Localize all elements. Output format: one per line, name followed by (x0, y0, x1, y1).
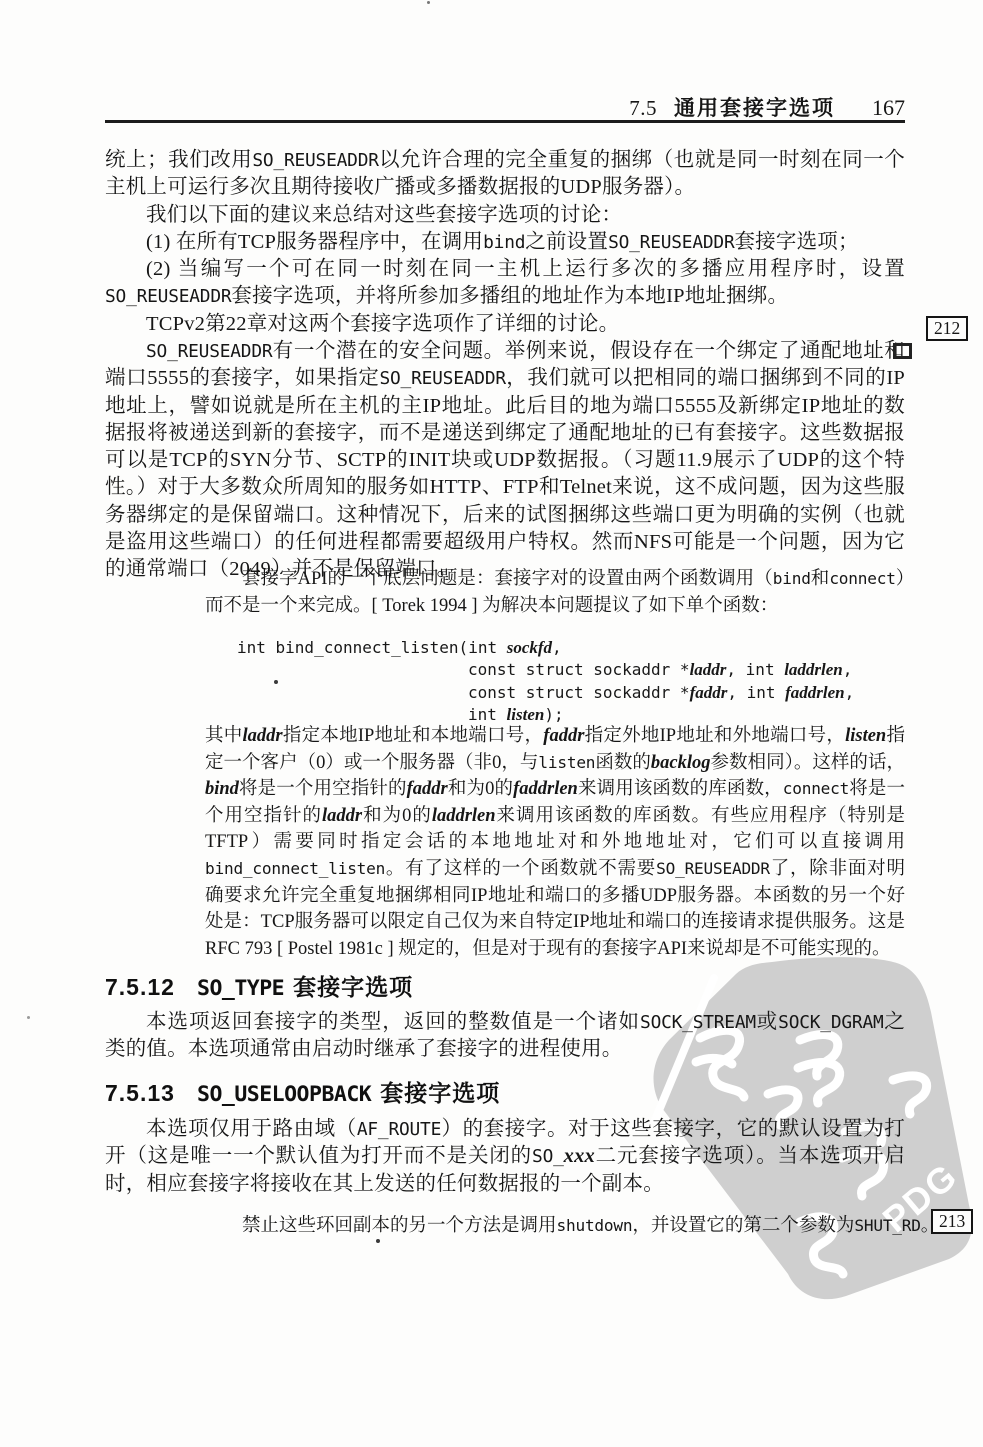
section-title-suffix: 套接字选项 (293, 969, 413, 1002)
code-block-bind-connect-listen: int bind_connect_listen(int sockfd, cons… (237, 637, 854, 727)
section-number: 7.5.13 (105, 1080, 197, 1107)
section-option-name: SO_TYPE (197, 976, 284, 1001)
note-shutdown-alternative: 禁止这些环回副本的另一个方法是调用shutdown，并设置它的第二个参数为SHU… (205, 1213, 905, 1240)
section-title-suffix: 套接字选项 (380, 1075, 500, 1108)
scan-speck (274, 680, 278, 684)
section-number: 7.5.12 (105, 974, 197, 1001)
para-continuation: 统上；我们改用SO_REUSEADDR以允许合理的完全重复的捆绑（也就是同一时刻… (105, 147, 905, 202)
code-line: const struct sockaddr *faddr, int faddrl… (237, 682, 854, 704)
section-heading-7-5-13: 7.5.13 SO_USELOOPBACK 套接字选项 (105, 1075, 500, 1108)
header-section-number: 7.5 (629, 96, 657, 121)
page-marker-212: 212 (926, 316, 968, 341)
para-summary-intro: 我们以下面的建议来总结对这些套接字选项的讨论： (105, 202, 905, 229)
scan-speck (427, 1, 430, 4)
recommendation-1: (1) 在所有TCP服务器程序中，在调用bind之前设置SO_REUSEADDR… (105, 229, 905, 256)
recommendation-2: (2) 当编写一个可在同一时刻在同一主机上运行多次的多播应用程序时，设置SO_R… (105, 256, 905, 311)
para-security-issue: SO_REUSEADDR有一个潜在的安全问题。举例来说，假设存在一个绑定了通配地… (105, 338, 905, 584)
section-option-name: SO_USELOOPBACK (197, 1082, 371, 1107)
scan-artifact-box (893, 343, 912, 359)
scan-speck (376, 1239, 380, 1243)
code-line: int bind_connect_listen(int sockfd, (237, 637, 854, 659)
running-header: 7.5 通用套接字选项 167 (629, 92, 905, 122)
book-page: PDG 7.5 通用套接字选项 167 统上；我们改用SO_REUSEADDR以… (0, 0, 983, 1447)
header-section-title: 通用套接字选项 (674, 92, 835, 122)
para-so-type: 本选项返回套接字的类型，返回的整数值是一个诸如SOCK_STREAM或SOCK_… (105, 1009, 905, 1064)
note-function-explanation: 其中laddr指定本地IP地址和本地端口号，faddr指定外地IP地址和外地端口… (205, 723, 905, 962)
scan-speck (27, 1016, 30, 1019)
section-heading-7-5-12: 7.5.12 SO_TYPE 套接字选项 (105, 969, 413, 1002)
header-rule (105, 120, 905, 123)
page-marker-213: 213 (931, 1209, 973, 1234)
para-tcpv2-reference: TCPv2第22章对这两个套接字选项作了详细的讨论。 (105, 311, 905, 338)
note-socket-api-problem: 套接字API的一个底层问题是：套接字对的设置由两个函数调用（bind和conne… (205, 566, 905, 619)
para-so-useloopback: 本选项仅用于路由域（AF_ROUTE）的套接字。对于这些套接字，它的默认设置为打… (105, 1116, 905, 1198)
page-number: 167 (872, 95, 905, 121)
code-line: const struct sockaddr *laddr, int laddrl… (237, 659, 854, 681)
